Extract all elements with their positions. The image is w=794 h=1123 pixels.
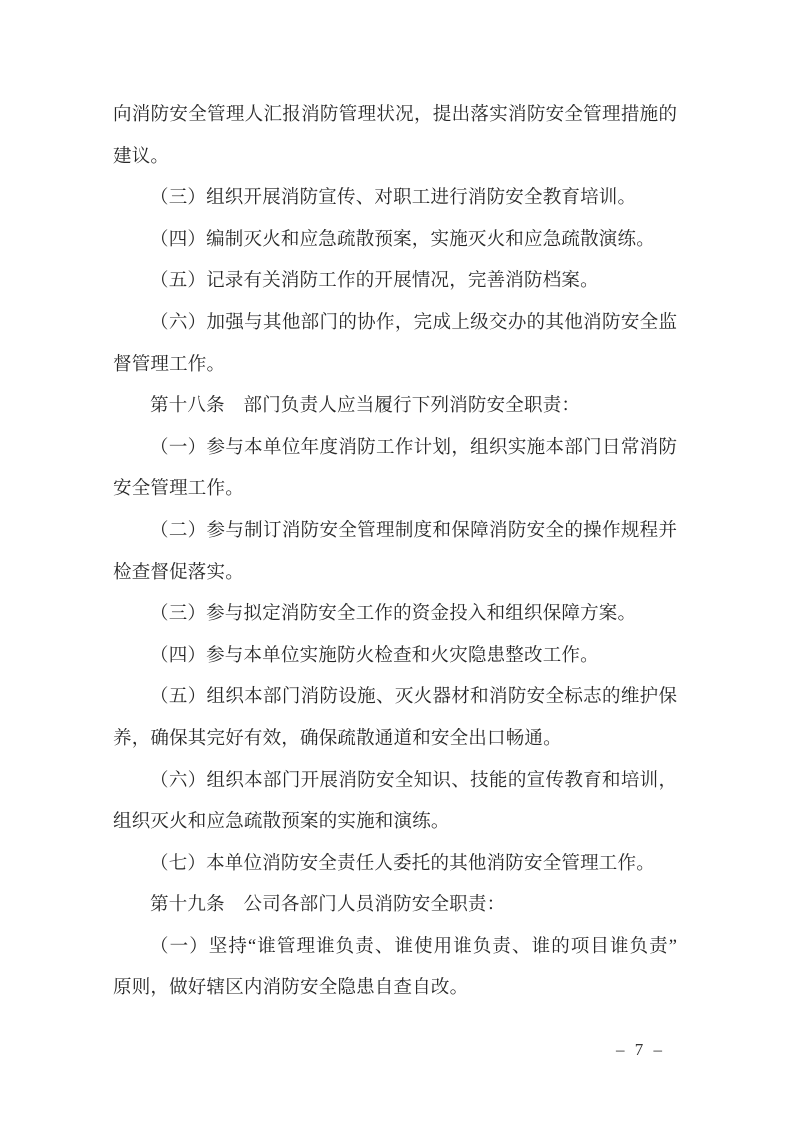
- text-line: （一）参与本单位年度消防工作计划，组织实施本部门日常消防: [113, 428, 677, 470]
- text-line: （七）本单位消防安全责任人委托的其他消防安全管理工作。: [113, 844, 677, 886]
- text-line: （六）组织本部门开展消防安全知识、技能的宣传教育和培训，: [113, 761, 677, 803]
- text-line: （四）参与本单位实施防火检查和火灾隐患整改工作。: [113, 636, 677, 678]
- text-line: 组织灭火和应急疏散预案的实施和演练。: [113, 802, 677, 844]
- text-line: 第十九条 公司各部门人员消防安全职责：: [113, 885, 677, 927]
- text-line: 原则，做好辖区内消防安全隐患自查自改。: [113, 968, 677, 1010]
- text-line: （一）坚持“谁管理谁负责、谁使用谁负责、谁的项目谁负责”: [113, 927, 677, 969]
- document-body: 向消防安全管理人汇报消防管理状况，提出落实消防安全管理措施的建议。（三）组织开展…: [113, 95, 677, 1010]
- text-line: 向消防安全管理人汇报消防管理状况，提出落实消防安全管理措施的: [113, 95, 677, 137]
- text-line: 养，确保其完好有效，确保疏散通道和安全出口畅通。: [113, 719, 677, 761]
- text-line: 建议。: [113, 137, 677, 179]
- text-line: 第十八条 部门负责人应当履行下列消防安全职责：: [113, 386, 677, 428]
- page-number: – 7 –: [616, 1040, 665, 1060]
- text-line: 安全管理工作。: [113, 469, 677, 511]
- text-line: （五）记录有关消防工作的开展情况，完善消防档案。: [113, 261, 677, 303]
- text-line: 检查督促落实。: [113, 553, 677, 595]
- text-line: 督管理工作。: [113, 345, 677, 387]
- text-line: （四）编制灭火和应急疏散预案，实施灭火和应急疏散演练。: [113, 220, 677, 262]
- text-line: （三）参与拟定消防安全工作的资金投入和组织保障方案。: [113, 594, 677, 636]
- text-line: （六）加强与其他部门的协作，完成上级交办的其他消防安全监: [113, 303, 677, 345]
- text-line: （三）组织开展消防宣传、对职工进行消防安全教育培训。: [113, 178, 677, 220]
- text-line: （五）组织本部门消防设施、灭火器材和消防安全标志的维护保: [113, 677, 677, 719]
- document-page: 向消防安全管理人汇报消防管理状况，提出落实消防安全管理措施的建议。（三）组织开展…: [0, 0, 794, 1123]
- text-line: （二）参与制订消防安全管理制度和保障消防安全的操作规程并: [113, 511, 677, 553]
